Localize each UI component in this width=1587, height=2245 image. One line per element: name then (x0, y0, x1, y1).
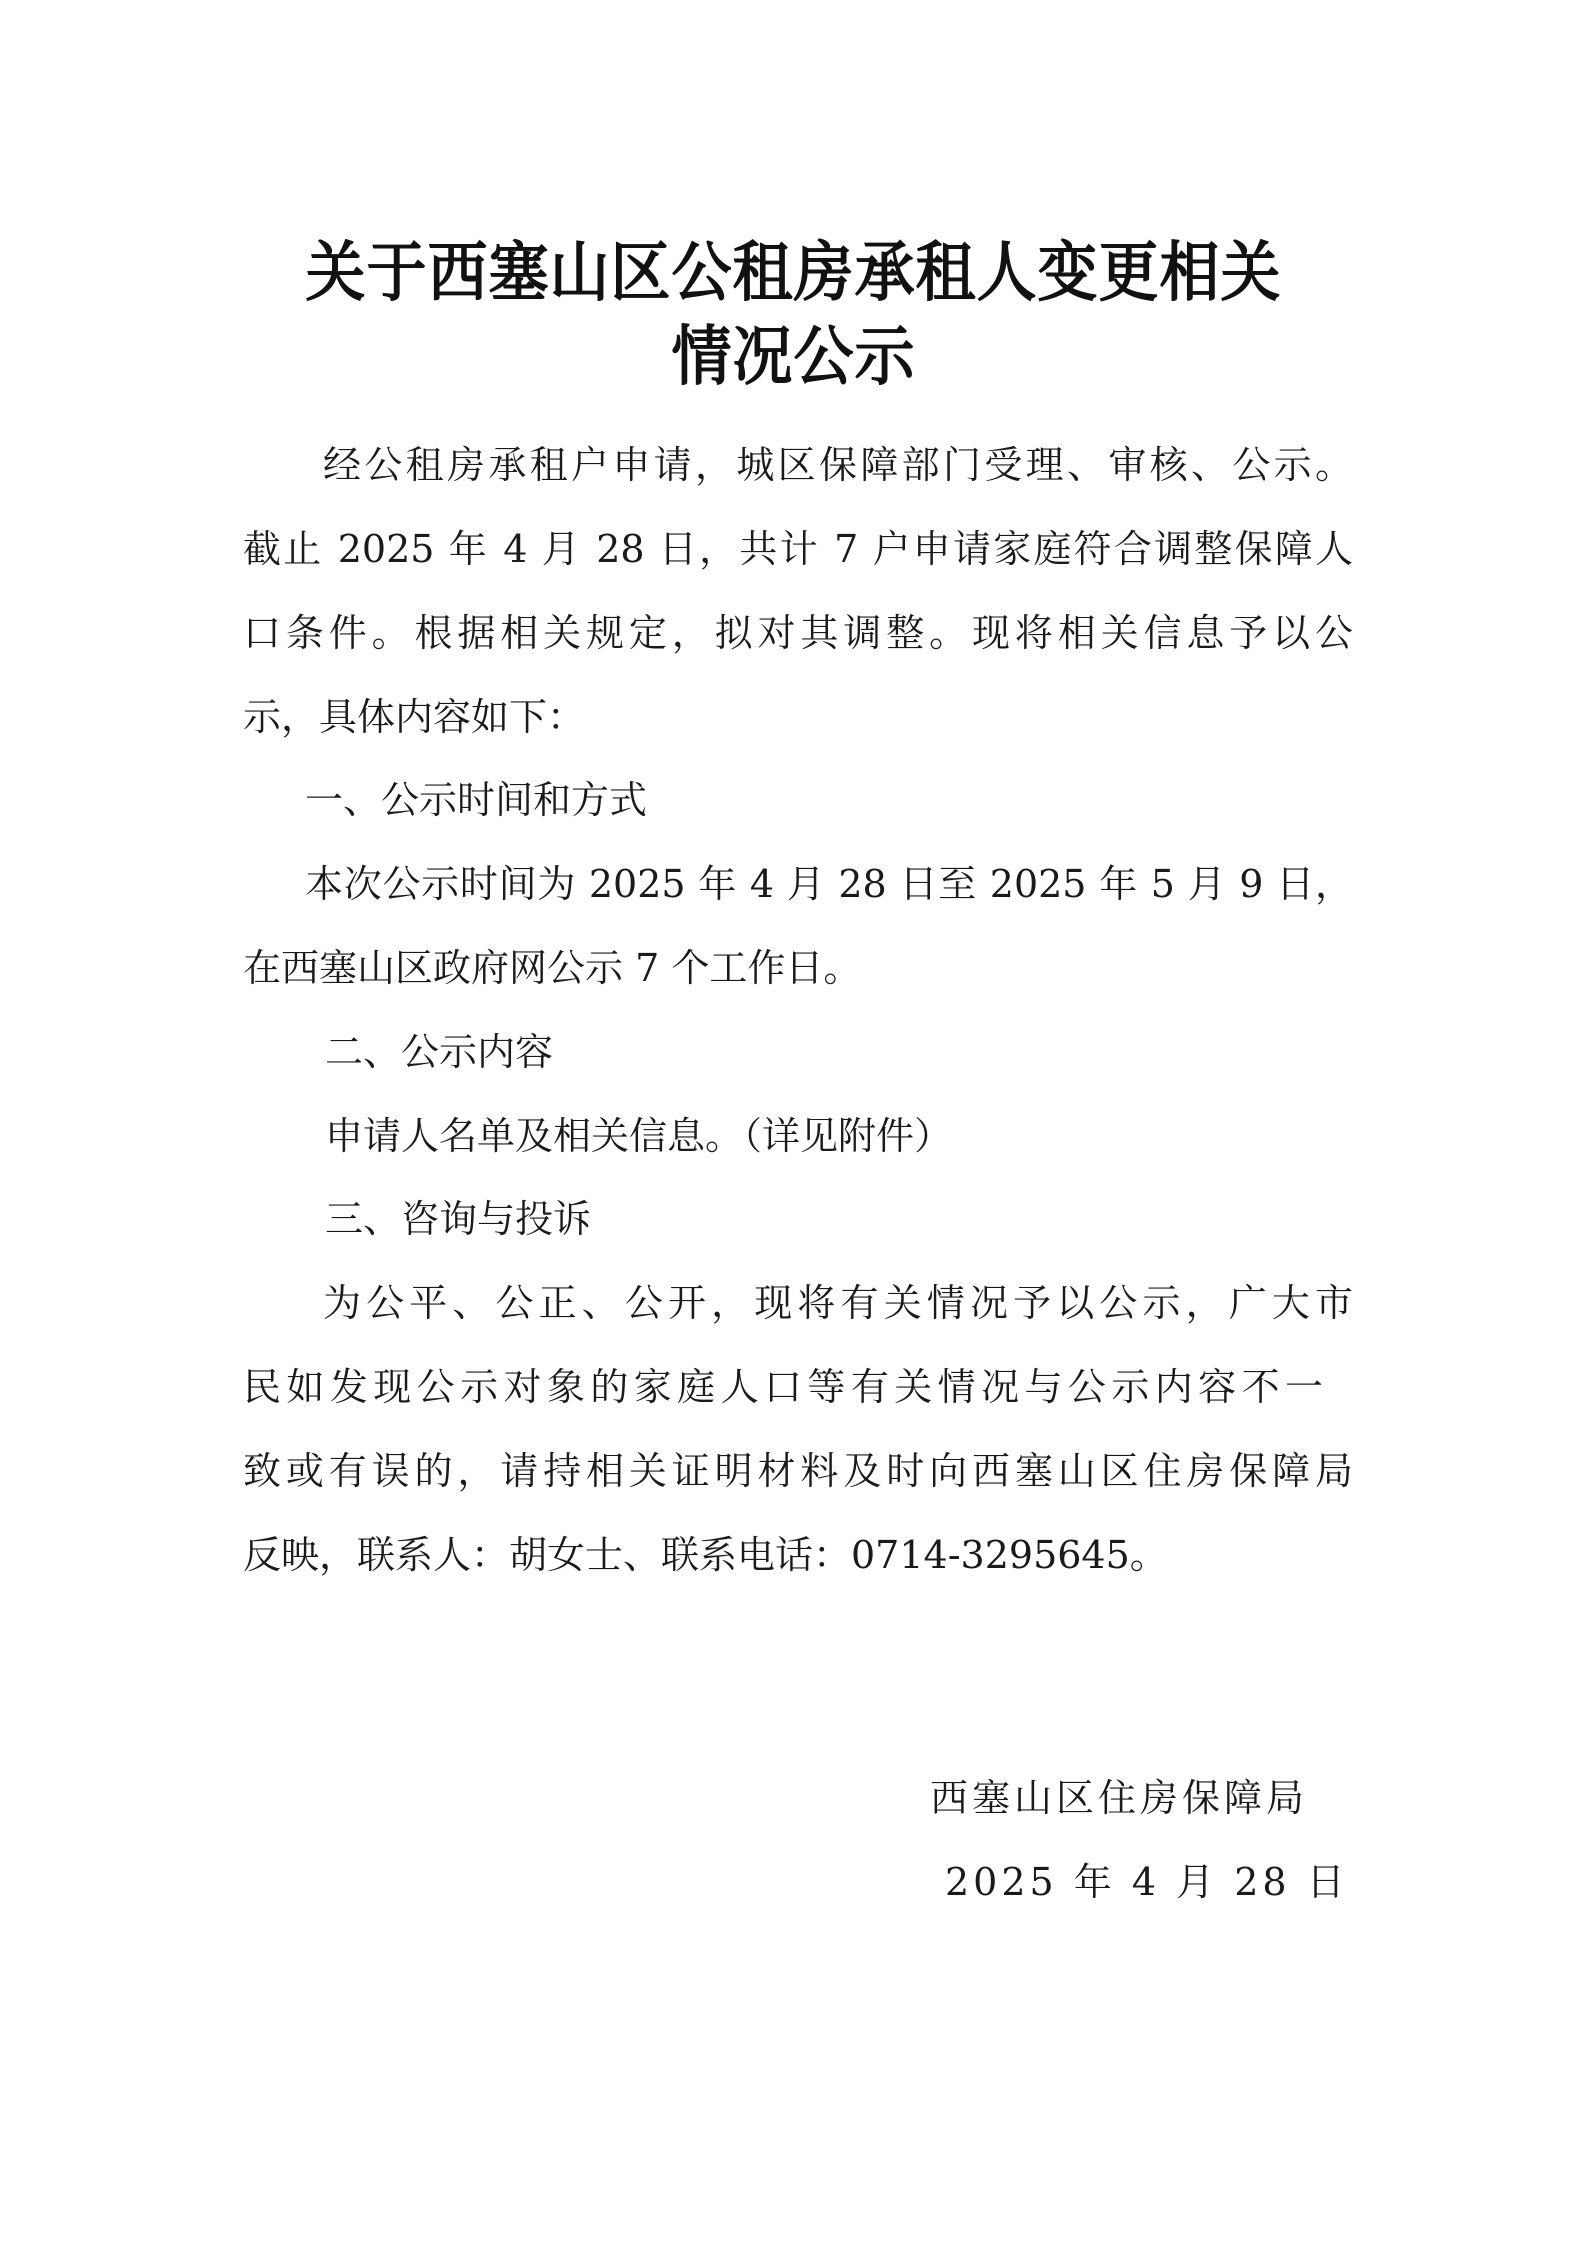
signature-date: 2025 年 4 月 28 日 (945, 1863, 1349, 1901)
section-3-line-2: 民如发现公示对象的家庭人口等有关情况与公示内容不一 (243, 1368, 1323, 1406)
intro-line-4: 示，具体内容如下： (243, 698, 1353, 736)
document-title-line-1: 关于西塞山区公租房承租人变更相关 (0, 241, 1587, 306)
intro-line-1: 经公租房承租户申请，城区保障部门受理、审核、公示。 (323, 446, 1353, 484)
section-3-heading: 三、咨询与投诉 (325, 1200, 1435, 1238)
section-3-line-3: 致或有误的，请持相关证明材料及时向西塞山区住房保障局 (243, 1452, 1353, 1490)
section-1-line-1: 本次公示时间为 2025 年 4 月 28 日至 2025 年 5 月 9 日， (305, 865, 1353, 903)
intro-line-2: 截止 2025 年 4 月 28 日，共计 7 户申请家庭符合调整保障人 (243, 530, 1353, 568)
section-1-line-2: 在西塞山区政府网公示 7 个工作日。 (243, 949, 1353, 987)
section-3-line-4: 反映，联系人：胡女士、联系电话：0714-3295645。 (243, 1536, 1353, 1574)
signature-organization: 西塞山区住房保障局 (930, 1779, 1308, 1817)
section-2-heading: 二、公示内容 (325, 1033, 1435, 1071)
section-1-heading: 一、公示时间和方式 (305, 781, 1415, 819)
document-title-line-2: 情况公示 (0, 325, 1587, 390)
section-2-line-1: 申请人名单及相关信息。（详见附件） (325, 1117, 1435, 1155)
document-page: 关于西塞山区公租房承租人变更相关 情况公示 经公租房承租户申请，城区保障部门受理… (0, 0, 1587, 2245)
intro-line-3: 口条件。根据相关规定，拟对其调整。现将相关信息予以公 (243, 614, 1353, 652)
section-3-line-1: 为公平、公正、公开，现将有关情况予以公示，广大市 (323, 1284, 1353, 1322)
